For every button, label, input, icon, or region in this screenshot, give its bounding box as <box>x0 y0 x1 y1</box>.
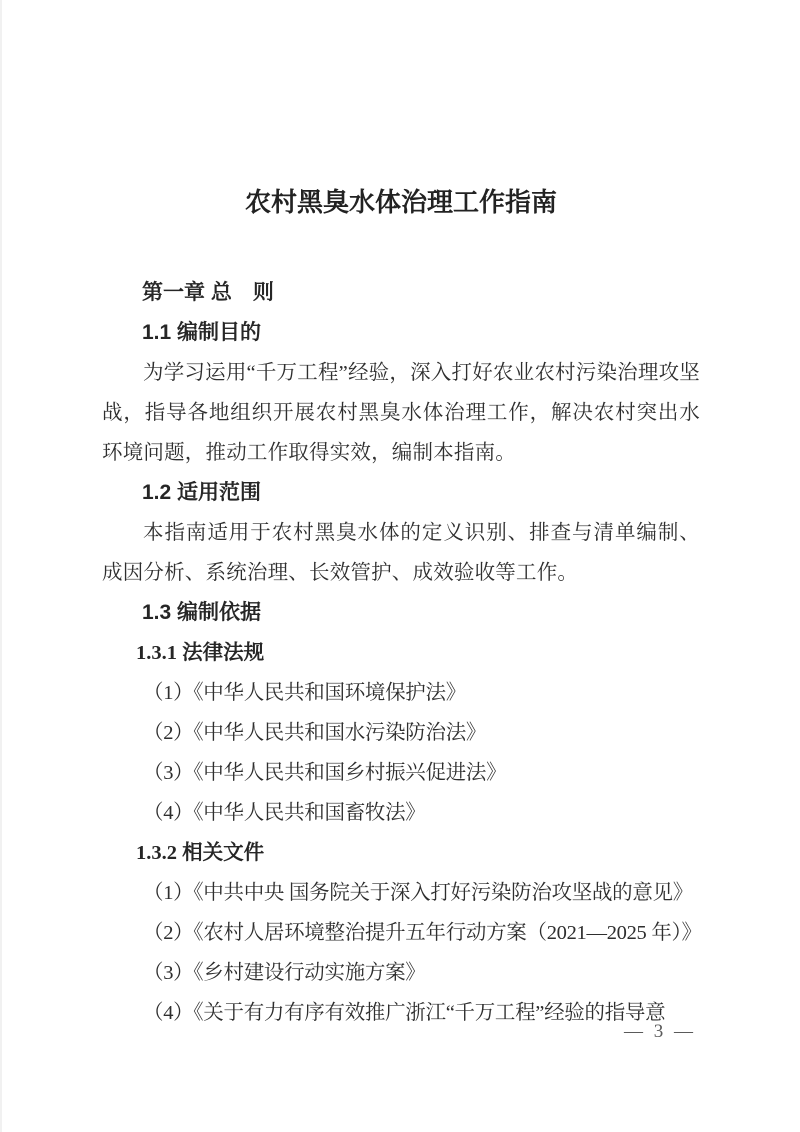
related-documents-list: （1）《中共中央 国务院关于深入打好污染防治攻坚战的意见》 （2）《农村人居环境… <box>102 873 700 1033</box>
section-1-1-paragraph: 为学习运用“千万工程”经验，深入打好农业农村污染治理攻坚战，指导各地组织开展农村… <box>102 353 700 473</box>
section-1-3-2-heading: 1.3.2 相关文件 <box>102 833 700 873</box>
document-title: 农村黑臭水体治理工作指南 <box>102 185 700 221</box>
page-number: — 3 — <box>624 1020 696 1044</box>
list-item-law-3: （3）《中华人民共和国乡村振兴促进法》 <box>102 753 700 793</box>
section-1-3-1-heading: 1.3.1 法律法规 <box>102 633 700 673</box>
list-item-doc-2: （2）《农村人居环境整治提升五年行动方案（2021—2025 年）》 <box>102 913 700 953</box>
list-item-law-1: （1）《中华人民共和国环境保护法》 <box>102 673 700 713</box>
section-1-2-heading: 1.2 适用范围 <box>102 473 700 513</box>
list-item-doc-1: （1）《中共中央 国务院关于深入打好污染防治攻坚战的意见》 <box>102 873 700 913</box>
section-1-2-paragraph: 本指南适用于农村黑臭水体的定义识别、排查与清单编制、成因分析、系统治理、长效管护… <box>102 513 700 593</box>
list-item-doc-4: （4）《关于有力有序有效推广浙江“千万工程”经验的指导意 <box>102 993 700 1033</box>
section-1-1-heading: 1.1 编制目的 <box>102 313 700 353</box>
document-page: 农村黑臭水体治理工作指南 第一章 总 则 1.1 编制目的 为学习运用“千万工程… <box>0 0 800 1132</box>
list-item-law-2: （2）《中华人民共和国水污染防治法》 <box>102 713 700 753</box>
legal-basis-list: （1）《中华人民共和国环境保护法》 （2）《中华人民共和国水污染防治法》 （3）… <box>102 673 700 833</box>
chapter-1-heading: 第一章 总 则 <box>102 273 700 313</box>
list-item-doc-3: （3）《乡村建设行动实施方案》 <box>102 953 700 993</box>
list-item-law-4: （4）《中华人民共和国畜牧法》 <box>102 793 700 833</box>
section-1-3-heading: 1.3 编制依据 <box>102 593 700 633</box>
